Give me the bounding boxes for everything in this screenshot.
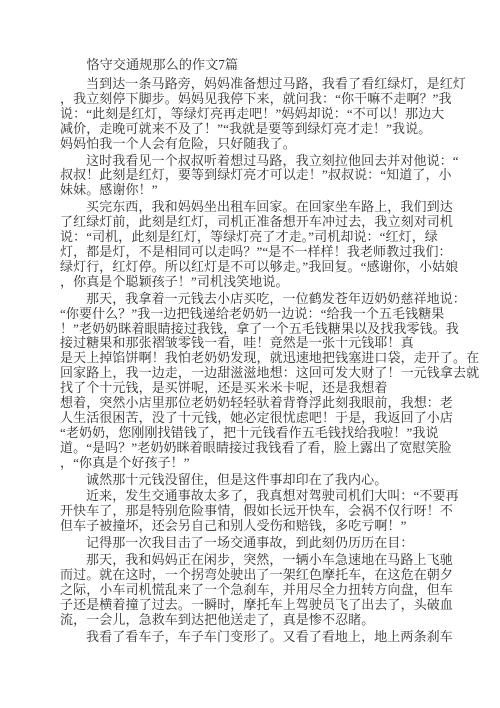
- paragraph: 当到达一条马路旁，妈妈准备想过马路，我看了看红绿灯，是红灯，我立刻停下脚步。妈妈…: [60, 77, 450, 152]
- text-line: “老奶奶，您刚刚找错钱了，把十元钱看作五毛钱找给我啦！”我说: [60, 426, 450, 441]
- text-line: 流，一会儿，急救车到达把他送走了，真是惨不忍睹。: [60, 613, 450, 628]
- text-line: 想着，突然小店里那位老奶奶轻轻驮着背脊浮此刻我眼前，我想：老: [60, 396, 450, 411]
- text-line: 近来，发生交通事故太多了，我真想对驾驶司机们大叫：“不要再: [60, 489, 450, 504]
- document-body: 当到达一条马路旁，妈妈准备想过马路，我看了看红绿灯，是红灯，我立刻停下脚步。妈妈…: [60, 77, 450, 645]
- text-line: 说：“司机，此刻是红灯，等绿灯亮了才走。”司机却说：“红灯，绿: [60, 230, 450, 245]
- text-line: 人生活很困苦，没了十元钱，她必定很忧虑吧！于是，我返回了小店: [60, 411, 450, 426]
- text-line: 这时我看见一个叔叔听着想过马路，我立刻拉他回去并对他说：“: [60, 154, 450, 169]
- text-line: 妈妈怕我一个人会有危险，只好随我了。: [60, 137, 450, 152]
- text-line: 妹妹。感谢你！”: [60, 183, 450, 198]
- text-line: 道。“是吗？”老奶奶眯着眼睛接过我钱看了看，脸上露出了宽慰笑脸: [60, 441, 450, 456]
- text-line: 说：“此刻是红灯，等绿灯亮再走吧！”妈妈却说：“不可以！那边大: [60, 107, 450, 122]
- text-line: 子还是横着撞了过去。一瞬时，摩托车上驾驶员飞了出去了，头破血: [60, 598, 450, 613]
- text-line: ，你真是个聪颖孩子！”司机浅笑地说。: [60, 275, 450, 290]
- text-line: 我看了看车子，车子车门变形了。又看了看地上，地上两条刹车: [60, 630, 450, 645]
- paragraph: 近来，发生交通事故太多了，我真想对驾驶司机们大叫：“不要再开快车了，那是特别危险…: [60, 489, 450, 534]
- paragraph: 记得那一次我目击了一场交通事故，到此刻仍历历在目：: [60, 536, 450, 551]
- text-line: ！”老奶奶眯着眼睛接过我钱，拿了一个五毛钱糖果以及找我零钱。我: [60, 322, 450, 337]
- document-title: 恪守交通规那么的作文7篇: [60, 57, 450, 72]
- text-line: 而过。就在这时，一个拐弯处驶出了一架红色摩托车，在这危在朝夕: [60, 568, 450, 583]
- text-line: 叔叔！此刻是红灯，要等到绿灯亮才可以走！”叔叔说：“知道了，小: [60, 168, 450, 183]
- paragraph: 那天，我和妈妈正在闲步，突然，一辆小车急速地在马路上飞驰而过。就在这时，一个拐弯…: [60, 553, 450, 628]
- text-line: 买完东西，我和妈妈坐出租车回家。在回家坐车路上，我们到达: [60, 200, 450, 215]
- text-line: 开快车了，那是特别危险事情，假如长远开快车，会祸不仅行呀！不: [60, 504, 450, 519]
- paragraph: 这时我看见一个叔叔听着想过马路，我立刻拉他回去并对他说：“叔叔！此刻是红灯，要等…: [60, 154, 450, 199]
- text-line: 但车子被撞坏，还会另自己和别人受伤和赔钱，多吃亏啊！”: [60, 519, 450, 534]
- text-line: 回家路上，我一边走，一边甜滋滋地想：这回可发大财了！一元钱拿去就: [60, 366, 450, 381]
- paragraph: 买完东西，我和妈妈坐出租车回家。在回家坐车路上，我们到达了红绿灯前，此刻是红灯，…: [60, 200, 450, 289]
- paragraph: 诚然那十元钱没留住，但是这件事却印在了我内心。: [60, 473, 450, 488]
- text-line: 绿灯行，红灯停。所以红灯是不可以够走。”我回复。“感谢你，小姑娘: [60, 260, 450, 275]
- text-line: 那天，我拿着一元钱去小店买吃，一位鹤发苍年迈奶奶慈祥地说：: [60, 292, 450, 307]
- paragraph: 那天，我拿着一元钱去小店买吃，一位鹤发苍年迈奶奶慈祥地说：“你要什么？”我一边把…: [60, 292, 450, 471]
- text-line: 找了个十元钱，是买饼呢，还是买米米卡呢，还是我想着: [60, 381, 450, 396]
- text-line: 诚然那十元钱没留住，但是这件事却印在了我内心。: [60, 473, 450, 488]
- text-line: 记得那一次我目击了一场交通事故，到此刻仍历历在目：: [60, 536, 450, 551]
- text-line: ，“你真是个好孩子！”: [60, 456, 450, 471]
- text-line: “你要什么？”我一边把钱递给老奶奶一边说：“给我一个五毛钱糖果: [60, 307, 450, 322]
- text-line: 减价，走晚可就来不及了！”“我就是要等到绿灯亮才走！”我说。: [60, 122, 450, 137]
- text-line: ，我立刻停下脚步。妈妈见我停下来，就问我：“你干嘛不走啊？”我: [60, 92, 450, 107]
- document-page: 恪守交通规那么的作文7篇 当到达一条马路旁，妈妈准备想过马路，我看了看红绿灯，是…: [0, 0, 500, 708]
- text-line: 当到达一条马路旁，妈妈准备想过马路，我看了看红绿灯，是红灯: [60, 77, 450, 92]
- text-line: 那天，我和妈妈正在闲步，突然，一辆小车急速地在马路上飞驰: [60, 553, 450, 568]
- text-line: 了红绿灯前，此刻是红灯，司机正准备想开车冲过去，我立刻对司机: [60, 215, 450, 230]
- text-line: 之际，小车司机慌乱来了一个急刹车，并用尽全力扭转方向盘，但车: [60, 583, 450, 598]
- text-line: 接过糖果和那张褶皱零钱一看，哇！竟然是一张十元钱耶！真: [60, 336, 450, 351]
- paragraph: 我看了看车子，车子车门变形了。又看了看地上，地上两条刹车: [60, 630, 450, 645]
- text-line: 是天上掉馅饼啊！我怕老奶奶发现，就迅速地把钱塞进口袋，走开了。在: [60, 351, 450, 366]
- text-line: 灯，都是灯，不是相同可以走吗？”“是不一样样！我老师教过我们：: [60, 245, 450, 260]
